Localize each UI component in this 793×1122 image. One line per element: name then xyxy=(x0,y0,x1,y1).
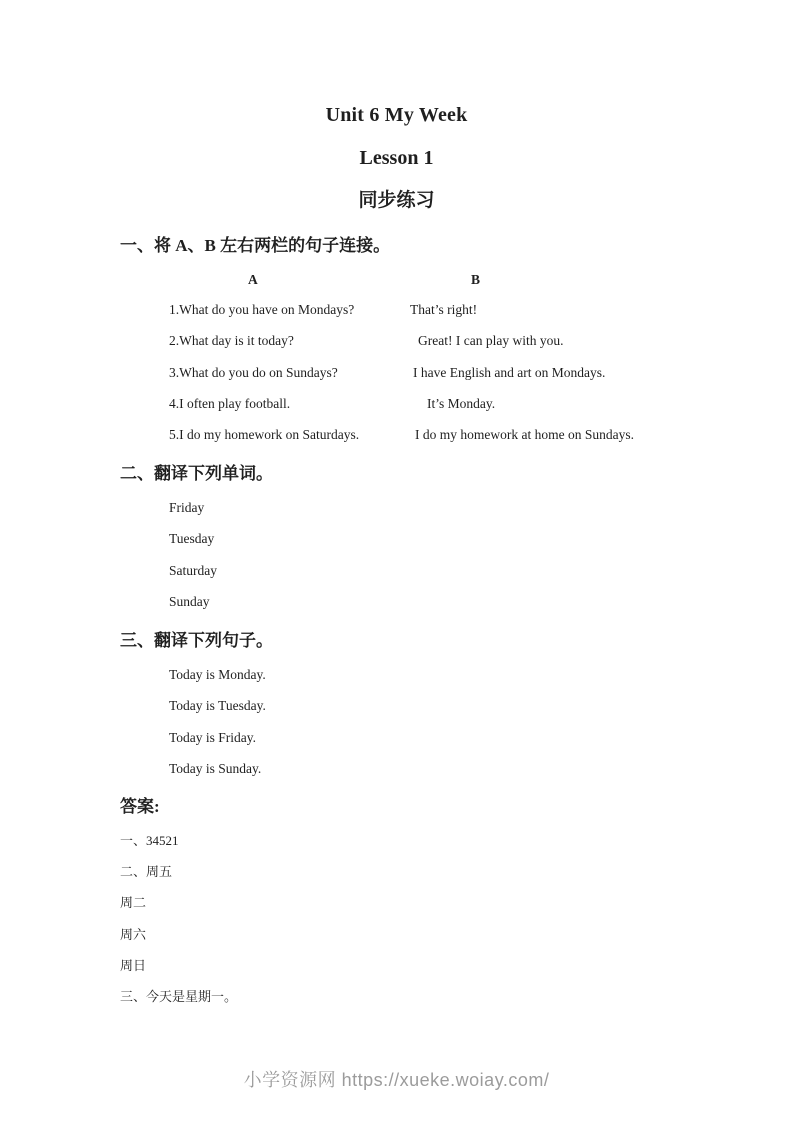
sentence-item: Today is Friday. xyxy=(169,730,389,761)
answer-line: 周二 xyxy=(120,895,420,926)
match-item-a: 5.I do my homework on Saturdays. xyxy=(169,427,399,458)
section3-heading: 三、翻译下列句子。 xyxy=(120,626,273,651)
column-b-list: That’s right!Great! I can play with you.… xyxy=(410,302,670,458)
section1-heading: 一、将 A、B 左右两栏的句子连接。 xyxy=(120,231,390,256)
lesson-title: Lesson 1 xyxy=(0,147,793,170)
sentence-item: Today is Monday. xyxy=(169,667,389,698)
column-a-list: 1.What do you have on Mondays?2.What day… xyxy=(169,302,399,458)
answer-line: 二、周五 xyxy=(120,864,420,895)
answer-line: 三、今天是星期一。 xyxy=(120,989,420,1020)
exercise-subtitle: 同步练习 xyxy=(0,185,793,212)
match-item-a: 1.What do you have on Mondays? xyxy=(169,302,399,333)
unit-title: Unit 6 My Week xyxy=(0,104,793,127)
sentences-list: Today is Monday.Today is Tuesday.Today i… xyxy=(169,667,389,792)
match-item-b: Great! I can play with you. xyxy=(410,333,670,364)
words-list: FridayTuesdaySaturdaySunday xyxy=(169,500,369,625)
match-item-a: 3.What do you do on Sundays? xyxy=(169,365,399,396)
word-item: Saturday xyxy=(169,563,369,594)
worksheet-page: Unit 6 My Week Lesson 1 同步练习 一、将 A、B 左右两… xyxy=(0,0,793,1122)
column-b-header: B xyxy=(471,272,480,288)
word-item: Friday xyxy=(169,500,369,531)
word-item: Tuesday xyxy=(169,531,369,562)
answer-line: 一、34521 xyxy=(120,833,420,864)
match-item-b: I have English and art on Mondays. xyxy=(410,365,670,396)
sentence-item: Today is Sunday. xyxy=(169,761,389,792)
word-item: Sunday xyxy=(169,594,369,625)
match-item-b: That’s right! xyxy=(410,302,670,333)
match-item-b: It’s Monday. xyxy=(410,396,670,427)
match-item-a: 2.What day is it today? xyxy=(169,333,399,364)
answer-line: 周六 xyxy=(120,927,420,958)
answer-line: 周日 xyxy=(120,958,420,989)
column-a-header: A xyxy=(248,272,258,288)
match-item-a: 4.I often play football. xyxy=(169,396,399,427)
footer-watermark: 小学资源网 https://xueke.woiay.com/ xyxy=(0,1066,793,1092)
answers-list: 一、34521二、周五周二周六周日三、今天是星期一。 xyxy=(120,833,420,1020)
answers-heading: 答案: xyxy=(120,792,160,817)
sentence-item: Today is Tuesday. xyxy=(169,698,389,729)
section2-heading: 二、翻译下列单词。 xyxy=(120,459,273,484)
match-item-b: I do my homework at home on Sundays. xyxy=(410,427,670,458)
